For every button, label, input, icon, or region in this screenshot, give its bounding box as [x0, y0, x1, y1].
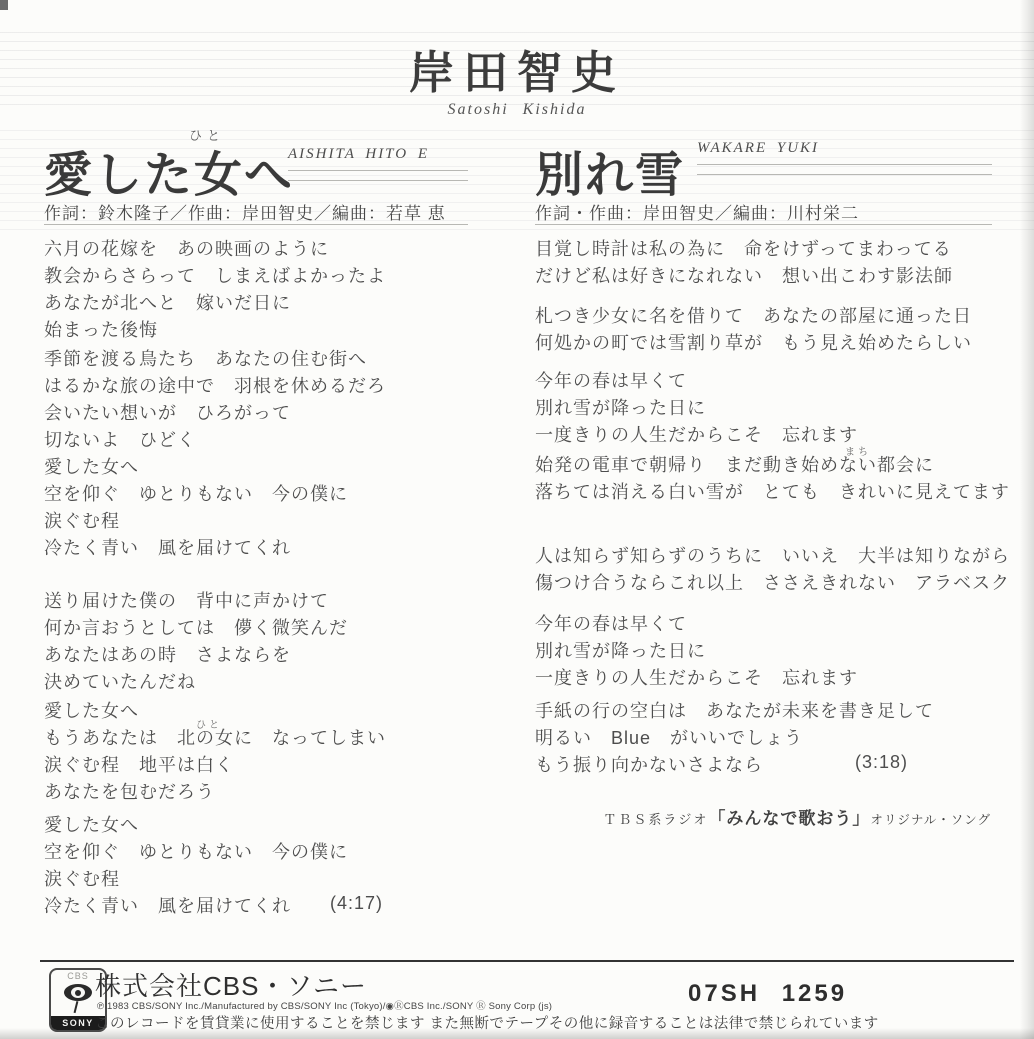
lyric-line: あなたを包むだろう	[44, 779, 386, 806]
lyric-line: 手紙の行の空白は あなたが未来を書き足して	[535, 698, 934, 725]
lyric-line: 季節を渡る鳥たち あなたの住む街へ	[44, 346, 386, 373]
duration-right: (3:18)	[855, 752, 908, 773]
lyric-line: 涙ぐむ程	[44, 508, 348, 535]
lyric-line: あなたが北へと 嫁いだ日に	[44, 290, 386, 317]
catalog-number: 07SH 1259	[688, 980, 847, 1008]
lyric-line: 愛した女へ	[44, 454, 348, 481]
credits-left: 作詞：鈴木隆子／作曲：岸田智史／編曲：若草 恵	[44, 199, 446, 224]
lyric-line: 始まった後悔	[44, 317, 386, 344]
lyric-line: 今年の春は早くて	[535, 611, 858, 638]
title-rule	[288, 180, 468, 181]
verse: 今年の春は早くて別れ雪が降った日に一度きりの人生だからこそ 忘れます	[535, 368, 858, 449]
artist-name: 岸田智史	[0, 36, 1034, 101]
credits-rule	[44, 224, 468, 225]
lyric-line: 空を仰ぐ ゆとりもない 今の僕に	[44, 481, 348, 508]
lyric-line: 目覚し時計は私の為に 命をけずってまわってる	[535, 236, 953, 263]
lyric-line: 空を仰ぐ ゆとりもない 今の僕に	[44, 839, 348, 866]
lyric-line: 一度きりの人生だからこそ 忘れます	[535, 422, 858, 449]
verse: 六月の花嫁を あの映画のように教会からさらって しまえばよかったよあなたが北へと…	[44, 236, 386, 344]
lyric-line: だけど私は好きになれない 想い出こわす影法師	[535, 263, 953, 290]
lyric-line: 落ちては消える白い雪が とても きれいに見えてます	[535, 479, 1010, 506]
lyric-line: 冷たく青い 風を届けてくれ	[44, 893, 348, 920]
lyric-line: 別れ雪が降った日に	[535, 638, 858, 665]
lyric-furigana-right: まち	[845, 443, 871, 458]
song-title-left: 愛した女へ	[44, 136, 294, 205]
title-rule	[697, 174, 992, 175]
lyric-line: 涙ぐむ程	[44, 866, 348, 893]
lyric-line: 何か言おうとしては 儚く微笑んだ	[44, 615, 348, 642]
lyric-line: 別れ雪が降った日に	[535, 395, 858, 422]
lyric-line: 愛した女へ	[44, 812, 348, 839]
song-title-right: 別れ雪	[535, 136, 685, 205]
lyric-line: 何処かの町では雪割り草が もう見え始めたらしい	[535, 330, 972, 357]
title-rule	[697, 164, 992, 165]
credits-rule	[535, 224, 992, 225]
verse: 札つき少女に名を借りて あなたの部屋に通った日何処かの町では雪割り草が もう見え…	[535, 303, 972, 357]
cbs-eye-icon	[64, 984, 92, 1001]
lyric-line: 決めていたんだね	[44, 669, 348, 696]
lyric-line: あなたはあの時 さよならを	[44, 642, 348, 669]
verse: 愛した女へ空を仰ぐ ゆとりもない 今の僕に涙ぐむ程冷たく青い 風を届けてくれ	[44, 812, 348, 920]
footer-divider	[40, 960, 1014, 962]
copyright-line: ℗ 1983 CBS/SONY Inc./Manufactured by CBS…	[97, 998, 552, 1012]
verse: 目覚し時計は私の為に 命をけずってまわってるだけど私は好きになれない 想い出こわ…	[535, 236, 953, 290]
lyric-line: 涙ぐむ程 地平は白く	[44, 752, 386, 779]
song-title-right-romaji: WAKARE YUKI	[697, 140, 819, 157]
lyric-line: 冷たく青い 風を届けてくれ	[44, 535, 348, 562]
note-prefix: ＴＢＳ系ラジオ	[603, 812, 708, 827]
lyric-line: 一度きりの人生だからこそ 忘れます	[535, 665, 858, 692]
radio-program-note: ＴＢＳ系ラジオ「みんなで歌おう」オリジナル・ソング	[535, 786, 991, 847]
note-program-title: 「みんなで歌おう」	[708, 809, 870, 828]
verse: 今年の春は早くて別れ雪が降った日に一度きりの人生だからこそ 忘れます	[535, 611, 858, 692]
credits-right: 作詞・作曲：岸田智史／編曲：川村栄二	[535, 199, 859, 224]
artist-name-romaji: Satoshi Kishida	[0, 101, 1034, 119]
lyric-line: 始発の電車で朝帰り まだ動き始めない都会に	[535, 452, 1010, 479]
duration-left: (4:17)	[330, 893, 383, 914]
scan-speck	[0, 0, 8, 10]
song-title-left-romaji: AISHITA HITO E	[288, 146, 429, 163]
scan-edge-right	[1020, 0, 1034, 1039]
verse: 始発の電車で朝帰り まだ動き始めない都会に落ちては消える白い雪が とても きれい…	[535, 452, 1010, 506]
verse: 愛した女へもうあなたは 北の女に なってしまい涙ぐむ程 地平は白くあなたを包むだ…	[44, 698, 386, 806]
lyric-line: 切ないよ ひどく	[44, 427, 386, 454]
lyric-line: 今年の春は早くて	[535, 368, 858, 395]
lyric-line: 会いたい想いが ひろがって	[44, 400, 386, 427]
lyric-line: 送り届けた僕の 背中に声かけて	[44, 588, 348, 615]
verse: 送り届けた僕の 背中に声かけて何か言おうとしては 儚く微笑んだあなたはあの時 さ…	[44, 588, 348, 696]
lyric-line: 札つき少女に名を借りて あなたの部屋に通った日	[535, 303, 972, 330]
lyric-line: 六月の花嫁を あの映画のように	[44, 236, 386, 263]
lyric-line: 人は知らず知らずのうちに いいえ 大半は知りながら	[535, 543, 1010, 570]
cbs-eye-stem	[74, 1001, 78, 1013]
lyric-line: 明るい Blue がいいでしょう	[535, 725, 934, 752]
lyric-line: はるかな旅の途中で 羽根を休めるだろ	[44, 373, 386, 400]
verse: 人は知らず知らずのうちに いいえ 大半は知りながら傷つけ合うならこれ以上 ささえ…	[535, 543, 1010, 597]
legal-notice: このレコードを賃貸業に使用することを禁じます また無断でテープその他に録音するこ…	[95, 1012, 879, 1033]
lyric-furigana-left: ひと	[196, 716, 222, 731]
verse: 愛した女へ空を仰ぐ ゆとりもない 今の僕に涙ぐむ程冷たく青い 風を届けてくれ	[44, 454, 348, 562]
verse: 季節を渡る鳥たち あなたの住む街へはるかな旅の途中で 羽根を休めるだろ会いたい想…	[44, 346, 386, 454]
title-rule	[288, 170, 468, 171]
lyric-line: 傷つけ合うならこれ以上 ささえきれない アラベスク	[535, 570, 1010, 597]
note-suffix: オリジナル・ソング	[870, 813, 991, 827]
record-sleeve-back: 岸田智史 Satoshi Kishida ひと 愛した女へ AISHITA HI…	[0, 0, 1034, 1039]
lyric-line: 教会からさらって しまえばよかったよ	[44, 263, 386, 290]
